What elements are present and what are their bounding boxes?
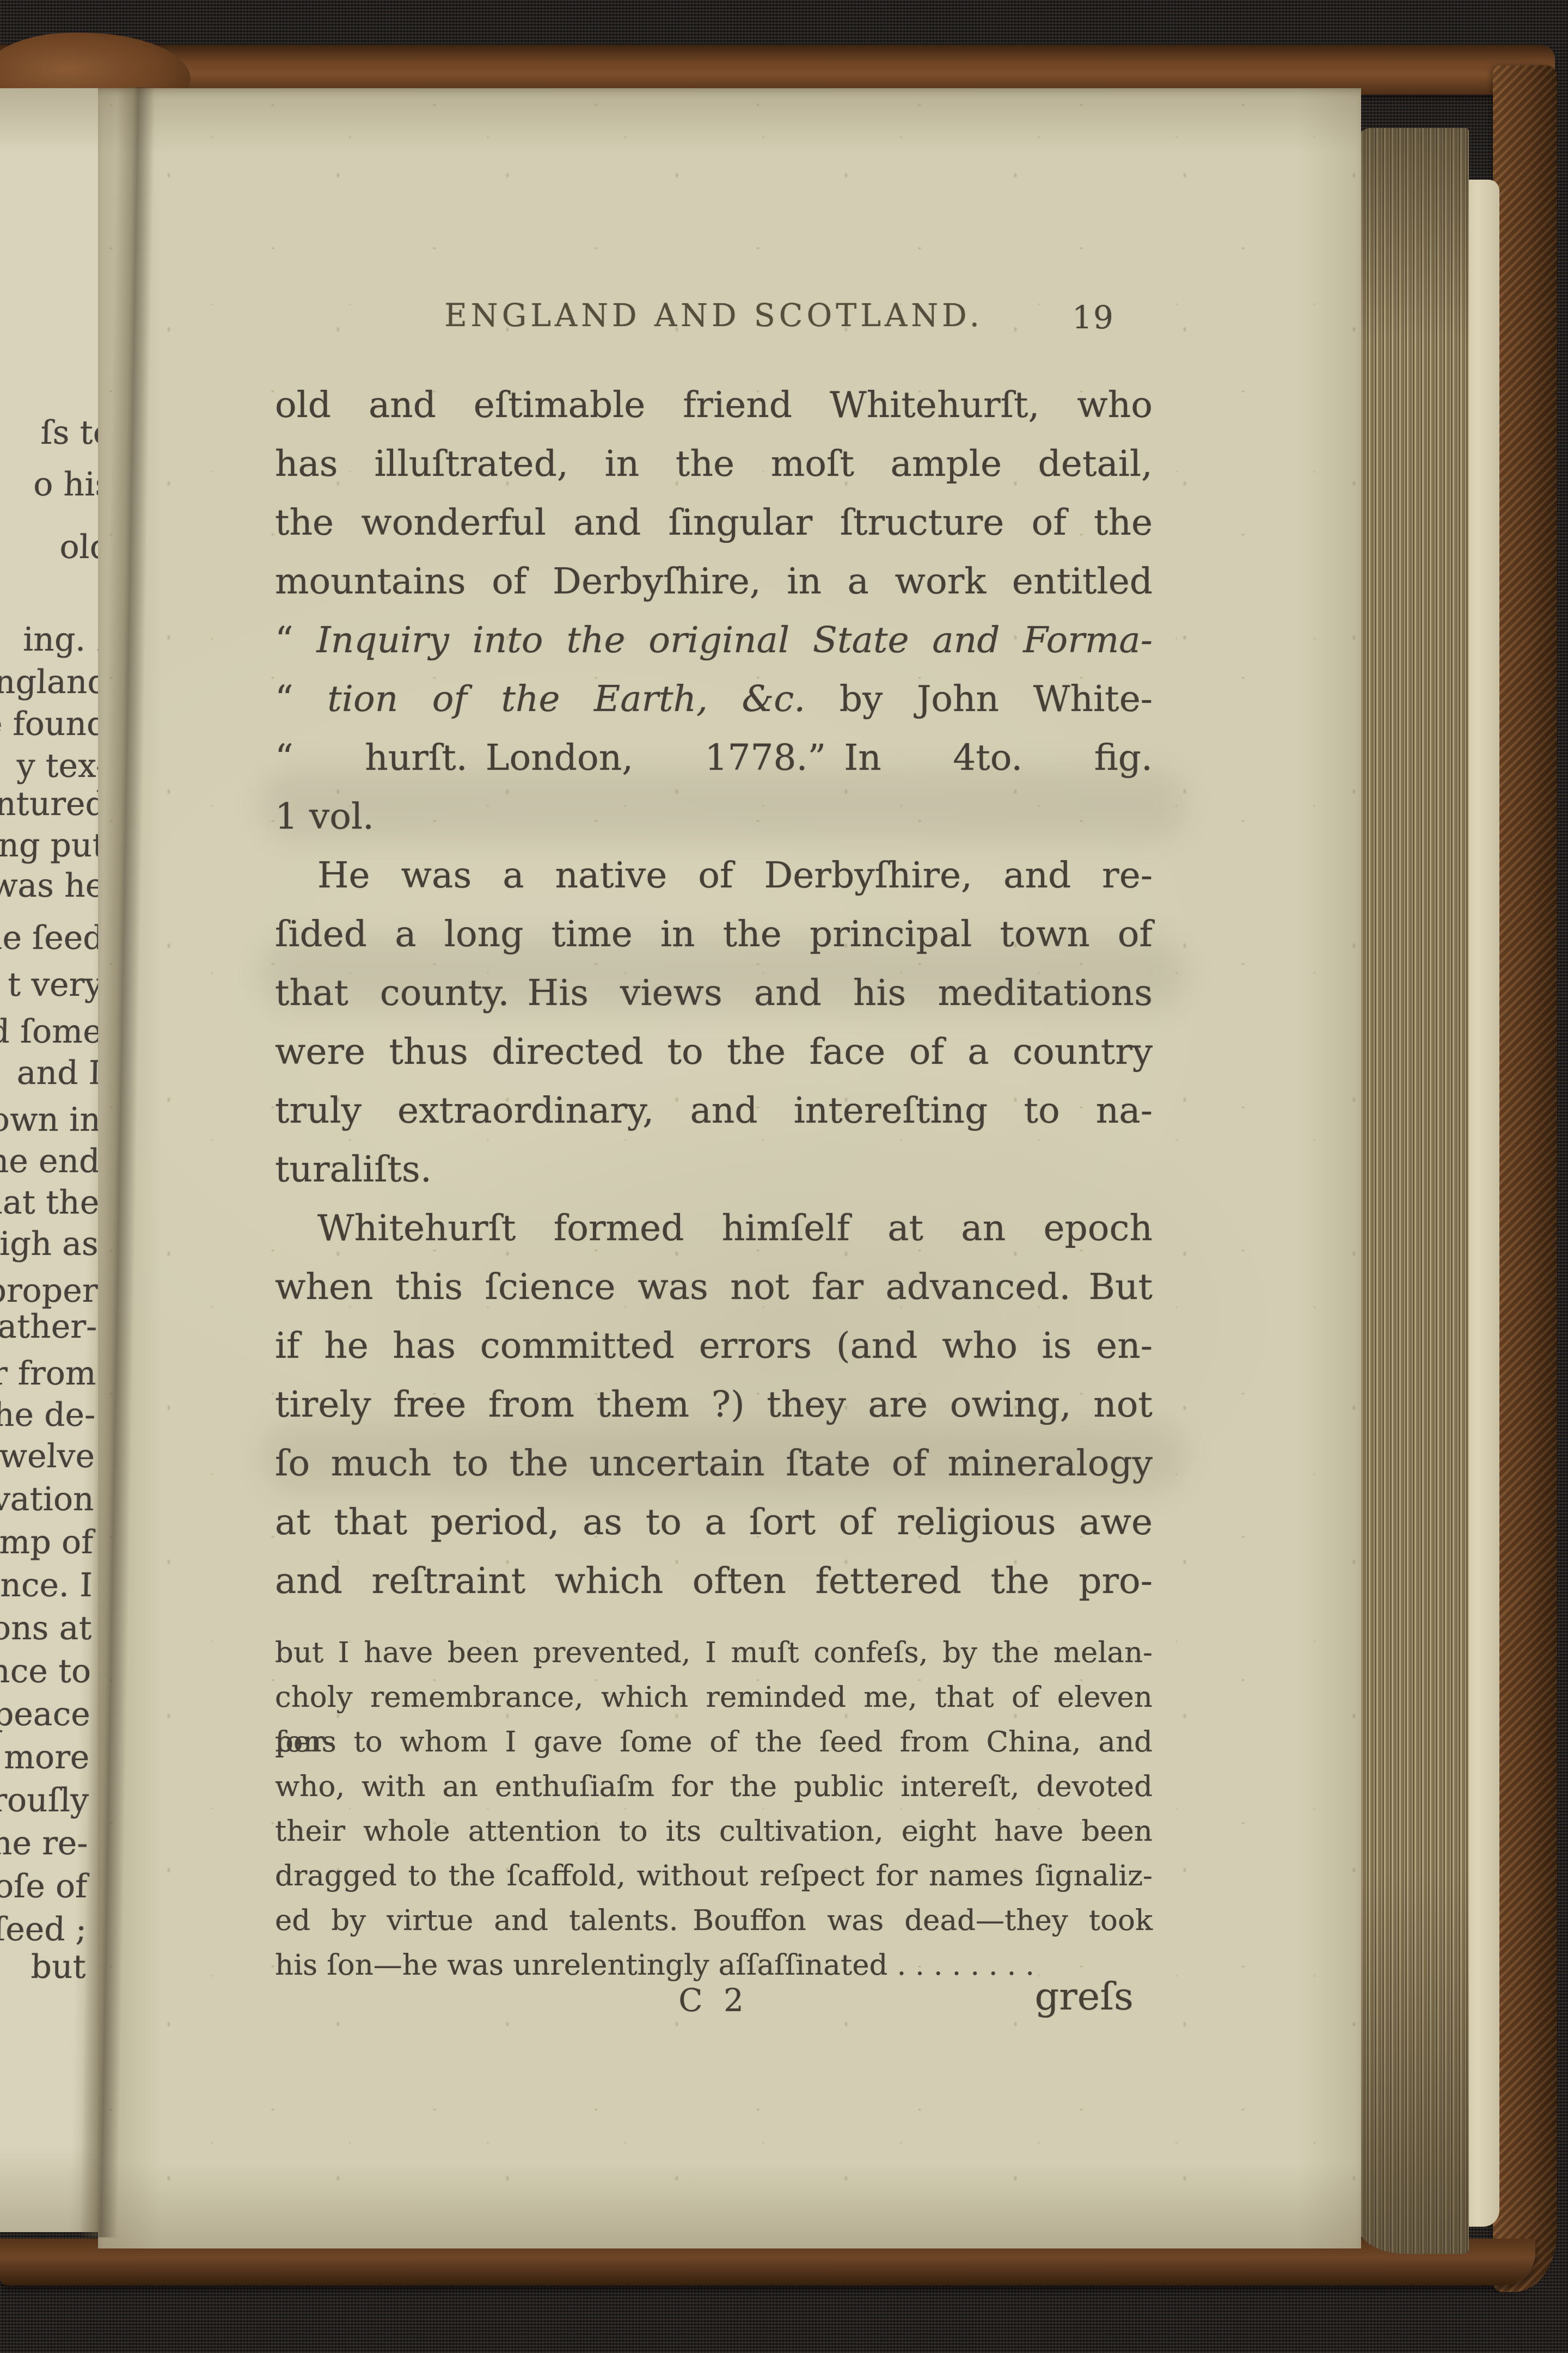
body-text-line: ſided a long time in the principal town … (275, 905, 1153, 964)
body-text-line: if he has committed errors (and who is e… (275, 1316, 1153, 1375)
facing-page-text-fragment: ing. I (0, 621, 109, 659)
book-page: ENGLAND AND SCOTLAND. 19 old and eſtimab… (98, 88, 1361, 2248)
facing-page-text-fragment: r from (0, 1355, 96, 1393)
body-text-line: old and eſtimable friend Whitehurſt, who (275, 376, 1153, 434)
book-fore-edge-pages (1357, 128, 1469, 2254)
footnote-text-line: dragged to the ſcaffold, without reſpect… (275, 1854, 1153, 1898)
footnote-text-line: who, with an enthuſiaſm for the public i… (275, 1764, 1153, 1809)
text-segment: “ (275, 678, 327, 720)
facing-page-text-fragment: the de- (0, 1396, 96, 1434)
footnote-text-line: ſons to whom I gave ſome of the ſeed fro… (275, 1720, 1153, 1764)
facing-page-text-fragment: r peace (0, 1695, 90, 1733)
body-text-line: ſo much to the uncertain ſtate of minera… (275, 1434, 1153, 1493)
body-text-line: the wonderful and ſingular ſtructure of … (275, 493, 1153, 552)
page-number: 19 (1072, 299, 1114, 336)
book-cover-top-edge (0, 45, 1555, 95)
body-text-line: turaliſts. (275, 1140, 1153, 1199)
body-text-line: 1 vol. (275, 787, 1153, 846)
book-photograph: ſs too hisolding. Inglande foundy tex-nt… (0, 0, 1568, 2353)
body-text-line: when this ſcience was not far advanced. … (275, 1258, 1153, 1316)
body-text: old and eſtimable friend Whitehurſt, who… (275, 376, 1153, 1610)
facing-page-text-fragment: hoſe of (0, 1867, 88, 1905)
facing-page-text-fragment: proper (0, 1272, 98, 1310)
facing-page-text-fragment: emp of (0, 1523, 94, 1561)
facing-page-text-fragment: ne ſeed (0, 919, 104, 957)
signature-mark: C 2 (275, 1982, 1153, 2019)
facing-page-text-fragment: ng put (0, 826, 106, 865)
running-head: ENGLAND AND SCOTLAND. 19 (275, 298, 1153, 347)
body-text-line: were thus directed to the face of a coun… (275, 1022, 1153, 1081)
facing-page-text-fragment: erouſly (0, 1781, 89, 1819)
facing-page-text-fragment: twelve (0, 1437, 95, 1475)
italic-text-segment: Inquiry into the original State and Form… (317, 619, 1153, 661)
facing-page-text-fragment: and I (0, 1054, 102, 1092)
italic-text-segment: tion of the Earth, &c. (327, 678, 805, 720)
footnote-text-line: choly remembrance, which reminded me, th… (275, 1675, 1153, 1720)
catchword: greſs (1034, 1974, 1134, 2019)
facing-page-text-fragment: ivation (0, 1480, 94, 1518)
facing-page-text-fragment: he end (0, 1142, 100, 1180)
body-text-line: truly extraordinary, and intereſting to … (275, 1081, 1153, 1140)
body-text-line: that county. His views and his meditatio… (275, 964, 1153, 1022)
signature-row: C 2 greſs (275, 1982, 1153, 2042)
facing-page-text-fragment: t very (0, 966, 103, 1004)
text-segment: by John White- (805, 678, 1153, 720)
facing-page-text-fragment: ſons at (0, 1609, 92, 1647)
facing-page-text-fragment: y tex- (0, 747, 107, 785)
facing-page-text-fragment: hat the (0, 1184, 100, 1222)
footnote-text-line: his ſon—he was unrelentingly aſſaſſinate… (275, 1943, 1153, 1988)
facing-page-text-fragment: e found (0, 705, 108, 743)
facing-page-text-fragment: nce. I (0, 1566, 93, 1604)
body-text-line: has illuſtrated, in the moſt ample detai… (275, 434, 1153, 493)
body-text-line: tirely free from them ?) they are owing,… (275, 1375, 1153, 1434)
facing-page-text-fragment: d ſome (0, 1013, 102, 1051)
body-text-line: at that period, as to a ſort of religiou… (275, 1493, 1153, 1552)
facing-page-text-fragment: but (0, 1948, 86, 1986)
body-text-line: and reſtraint which often fettered the p… (275, 1552, 1153, 1610)
running-header-title: ENGLAND AND SCOTLAND. (444, 298, 983, 334)
facing-page-text-fragment: old (0, 528, 111, 566)
text-segment: “ (275, 619, 317, 661)
facing-page-text-fragment: ance to (0, 1652, 91, 1690)
facing-page-text-fragment: e ſeed ; (0, 1910, 87, 1948)
body-text-line: “ hurſt. London, 1778.” In 4to. fig. (275, 728, 1153, 787)
facing-page-text-fragment: ntured (0, 785, 107, 823)
facing-page-text-fragment: o more (0, 1738, 90, 1776)
facing-page-text-fragment: the re- (0, 1824, 88, 1862)
body-text-line: mountains of Derbyſhire, in a work entit… (275, 552, 1153, 611)
body-text-line: He was a native of Derbyſhire, and re- (275, 846, 1153, 905)
body-text-line: “ tion of the Earth, &c. by John White- (275, 670, 1153, 728)
facing-page-text-fragment: high as (0, 1225, 99, 1263)
body-text-line: “ Inquiry into the original State and Fo… (275, 611, 1153, 670)
footnote-text-line: ed by virtue and talents. Bouffon was de… (275, 1898, 1153, 1943)
footnote: but I have been prevented, I muſt confeſ… (275, 1631, 1153, 1988)
facing-page-text-fragment: ſs to (0, 414, 113, 452)
footnote-text-line: their whole attention to its cultivation… (275, 1809, 1153, 1854)
facing-page-text-fragment: gather- (0, 1308, 97, 1346)
book-cover-right-edge (1493, 65, 1557, 2292)
facing-page-text-fragment: o his (0, 465, 112, 504)
facing-page-text-fragment: ngland (0, 663, 109, 701)
facing-page-text-fragment: was he (0, 867, 105, 905)
footnote-text-line: but I have been prevented, I muſt confeſ… (275, 1631, 1153, 1675)
body-text-line: Whitehurſt formed himſelf at an epoch (275, 1199, 1153, 1258)
facing-page-text-fragment: own in (0, 1101, 101, 1139)
